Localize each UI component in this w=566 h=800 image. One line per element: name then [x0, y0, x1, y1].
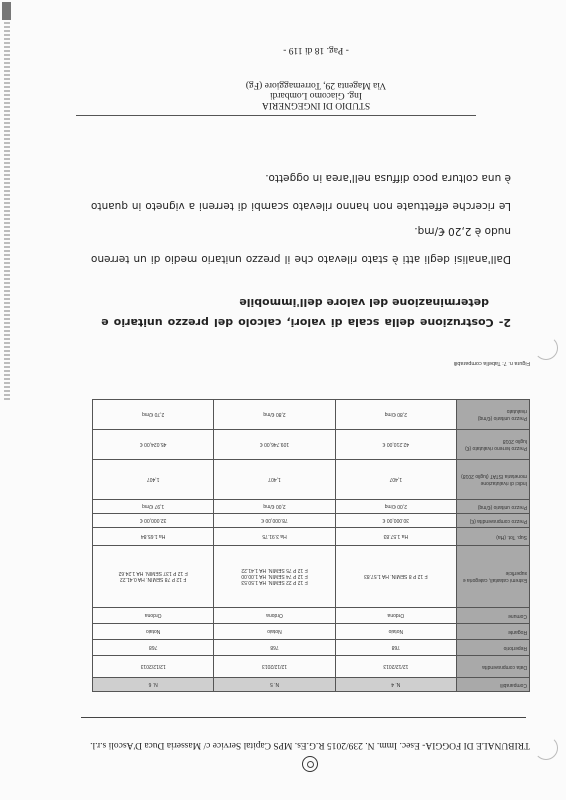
table-row: ComuneOrdonaOrdonaOrdona: [93, 608, 530, 624]
paragraph-average-price: Dall'analisi degli atti è stato rilevato…: [91, 217, 511, 273]
table-row: Prezzo terreno rivalutato (€) luglio 201…: [93, 430, 530, 460]
header-divider: [81, 717, 526, 718]
heading-word: della: [384, 312, 414, 332]
court-header: TRIBUNALE DI FOGGIA- Esec. Imm. N. 239/2…: [80, 740, 540, 772]
table-row: Indici di rivalutazione monetaria ISTAT …: [93, 460, 530, 500]
table-cell: 12/12/2013: [214, 656, 335, 678]
heading-word: del: [214, 312, 233, 332]
page-number: - Pag. 18 di 119 -: [166, 45, 466, 55]
table-cell: 768: [214, 640, 335, 656]
heading-word: scala: [348, 312, 380, 332]
heading-word: calcolo: [238, 312, 281, 332]
table-cell: Ha 1.65.84: [93, 528, 214, 546]
table-cell: F 12 P 22 SEMIN. HA 1.50.53 F 12 P 74 SE…: [214, 546, 335, 608]
row-label: Prezzo unitario (€/mq): [457, 500, 530, 514]
table-cell: 768: [93, 640, 214, 656]
table-row: Repertorio768768768: [93, 640, 530, 656]
heading-word: valori,: [286, 312, 325, 332]
table-cell: F 12 P 8 SEMIN. HA 1.57.83: [335, 546, 456, 608]
row-label: Data compravendita: [457, 656, 530, 678]
table-cell: 78.000,00 €: [214, 514, 335, 528]
table-cell: 32.000,00 €: [93, 514, 214, 528]
table-row: Prezzo unitario (€/mq)2,00 €/mq2,00 €/mq…: [93, 500, 530, 514]
paragraph-vineyard: Le ricerche effettuate non hanno rilevat…: [91, 164, 511, 220]
table-cell: Ordona: [335, 608, 456, 624]
heading-word: prezzo: [168, 312, 209, 332]
table-cell: Ha 3.91.75: [214, 528, 335, 546]
table-cell: N. 6: [93, 678, 214, 692]
table-cell: 1,97 €/mq: [93, 500, 214, 514]
section-heading-line2: determinazione del valore dell'immobile: [101, 292, 511, 312]
row-label: Comparabili: [457, 678, 530, 692]
section-heading: 2-Costruzionedellascaladivalori,calcolod…: [101, 292, 511, 332]
table-cell: 768: [335, 640, 456, 656]
table-cell: 109.746,00 €: [214, 430, 335, 460]
row-label: Rogante: [457, 624, 530, 640]
table-cell: 1,407: [335, 460, 456, 500]
table-row: Prezzo unitario (€/mq) rivalutato2,80 €/…: [93, 400, 530, 430]
row-label: Prezzo unitario (€/mq) rivalutato: [457, 400, 530, 430]
table-cell: 12/12/2013: [335, 656, 456, 678]
row-label: Prezzo compravendita (€): [457, 514, 530, 528]
punch-hole: [534, 336, 558, 360]
margin-stamp-block: [2, 2, 11, 20]
table-row: Data compravendita12/12/201312/12/201312…: [93, 656, 530, 678]
table-cell: Ordona: [214, 608, 335, 624]
section-heading-line1: 2-Costruzionedellascaladivalori,calcolod…: [101, 312, 511, 332]
table-cell: Notaio: [335, 624, 456, 640]
table-cell: 12/12/2013: [93, 656, 214, 678]
heading-word: Costruzione: [420, 312, 494, 332]
table-cell: Ha 1.57.83: [335, 528, 456, 546]
row-label: Comune: [457, 608, 530, 624]
heading-word: unitario: [114, 312, 163, 332]
table-cell: 2,80 €/mq: [214, 400, 335, 430]
table-cell: 2,70 €/mq: [93, 400, 214, 430]
row-label: Indici di rivalutazione monetaria ISTAT …: [457, 460, 530, 500]
table-cell: Ordona: [93, 608, 214, 624]
margin-signature-stamp: [4, 0, 10, 400]
table-cell: 42.210,00 €: [335, 430, 456, 460]
table-cell: 1,407: [214, 460, 335, 500]
table-cell: Notaio: [214, 624, 335, 640]
table-cell: 2,80 €/mq: [335, 400, 456, 430]
court-line: TRIBUNALE DI FOGGIA- Esec. Imm. N. 239/2…: [80, 740, 540, 750]
row-label: Prezzo terreno rivalutato (€) luglio 201…: [457, 430, 530, 460]
studio-footer: STUDIO DI INGEGNERIA Ing. Giacomo Lombar…: [166, 80, 466, 110]
table-caption: Figura n. 7: Tabella comparabili: [454, 360, 530, 366]
comparables-table: ComparabiliN. 4N. 5N. 6Data compravendit…: [92, 399, 530, 692]
table-cell: 1,407: [93, 460, 214, 500]
studio-address: Via Magenta 29, Torremaggiore (Fg): [166, 80, 466, 90]
studio-name: STUDIO DI INGEGNERIA: [166, 100, 466, 110]
heading-word: 2-: [499, 312, 511, 332]
table-cell: 2,00 €/mq: [214, 500, 335, 514]
table-row: ComparabiliN. 4N. 5N. 6: [93, 678, 530, 692]
footer-divider: [76, 115, 476, 116]
table-cell: N. 4: [335, 678, 456, 692]
table-cell: F 12 P 78 SEMIN. HA 0.41.22 F 12 P 137 S…: [93, 546, 214, 608]
table-row: Prezzo compravendita (€)30.000,00 €78.00…: [93, 514, 530, 528]
table-cell: N. 5: [214, 678, 335, 692]
table-row: RoganteNotaioNotaioNotaio: [93, 624, 530, 640]
table-row: Sup. Tot. (Ha)Ha 1.57.83Ha 3.91.75Ha 1.6…: [93, 528, 530, 546]
table-cell: 30.000,00 €: [335, 514, 456, 528]
table-cell: 45.024,00 €: [93, 430, 214, 460]
table-row: Estremi catastali, categoria e superfici…: [93, 546, 530, 608]
table-cell: Notaio: [93, 624, 214, 640]
court-emblem-icon: [302, 756, 318, 772]
heading-word: di: [331, 312, 343, 332]
document-page: TRIBUNALE DI FOGGIA- Esec. Imm. N. 239/2…: [0, 0, 566, 800]
row-label: Sup. Tot. (Ha): [457, 528, 530, 546]
row-label: Repertorio: [457, 640, 530, 656]
engineer-name: Ing. Giacomo Lombardi: [166, 90, 466, 100]
table-cell: 2,00 €/mq: [335, 500, 456, 514]
heading-word: e: [101, 312, 108, 332]
punch-hole: [534, 736, 558, 760]
row-label: Estremi catastali, categoria e superfici…: [457, 546, 530, 608]
